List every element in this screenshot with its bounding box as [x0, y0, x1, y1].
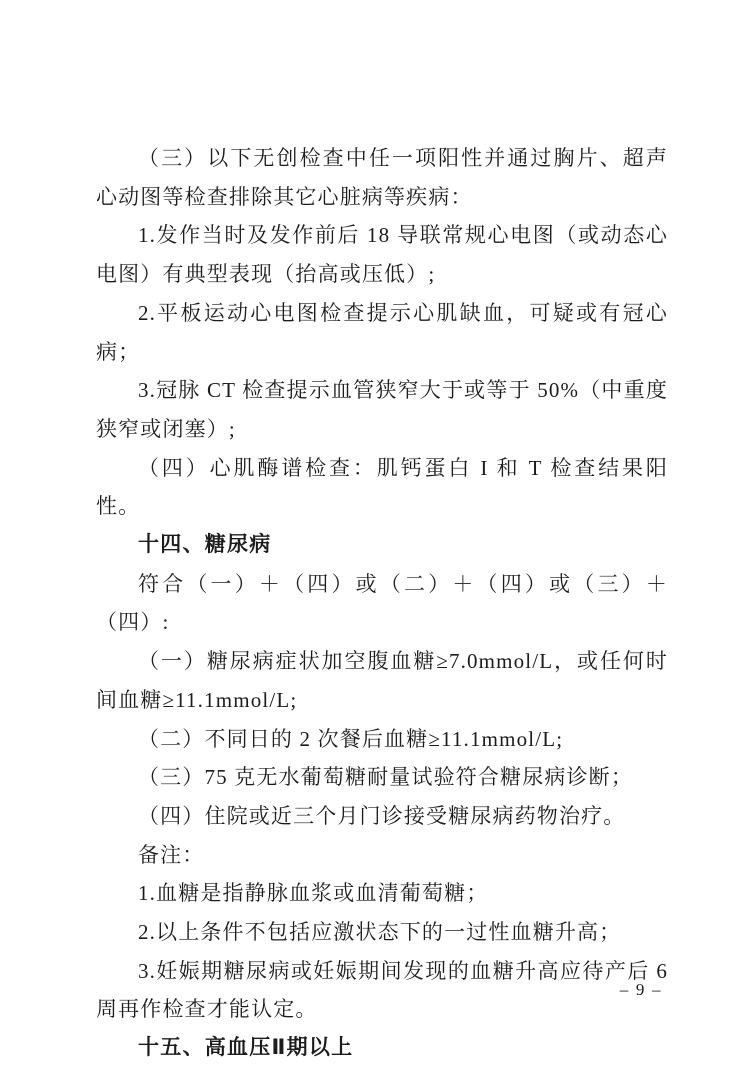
notes-label: 备注： — [96, 836, 668, 875]
criteria-combination: 符合（一）＋（四）或（二）＋（四）或（三）＋（四）: — [96, 565, 668, 642]
item-3-noninvasive-tests: （三）以下无创检查中任一项阳性并通过胸片、超声心动图等检查排除其它心脏病等疾病： — [96, 139, 668, 216]
diabetes-criterion-3: （三）75 克无水葡萄糖耐量试验符合糖尿病诊断； — [96, 758, 668, 797]
note-1: 1.血糖是指静脉血浆或血清葡萄糖； — [96, 874, 668, 913]
diabetes-criterion-4: （四）住院或近三个月门诊接受糖尿病药物治疗。 — [96, 797, 668, 836]
section-15-heading: 十五、高血压Ⅱ期以上 — [96, 1029, 668, 1068]
diabetes-criterion-1: （一）糖尿病症状加空腹血糖≥7.0mmol/L，或任何时间血糖≥11.1mmol… — [96, 642, 668, 719]
test-2-treadmill-ecg: 2.平板运动心电图检查提示心肌缺血，可疑或有冠心病； — [96, 294, 668, 371]
diabetes-criterion-2: （二）不同日的 2 次餐后血糖≥11.1mmol/L; — [96, 720, 668, 759]
document-page: （三）以下无创检查中任一项阳性并通过胸片、超声心动图等检查排除其它心脏病等疾病：… — [0, 0, 754, 1071]
test-1-ecg: 1.发作当时及发作前后 18 导联常规心电图（或动态心电图）有典型表现（抬高或压… — [96, 216, 668, 293]
note-2: 2.以上条件不包括应激状态下的一过性血糖升高； — [96, 913, 668, 952]
note-3: 3.妊娠期糖尿病或妊娠期间发现的血糖升高应待产后 6 周再作检查才能认定。 — [96, 952, 668, 1029]
item-4-myocardial-enzymes: （四）心肌酶谱检查：肌钙蛋白 I 和 T 检查结果阳性。 — [96, 449, 668, 526]
section-14-heading: 十四、糖尿病 — [96, 526, 668, 565]
test-3-coronary-ct: 3.冠脉 CT 检查提示血管狭窄大于或等于 50%（中重度狭窄或闭塞）; — [96, 371, 668, 448]
page-number: – 9 – — [598, 980, 684, 1000]
document-body: （三）以下无创检查中任一项阳性并通过胸片、超声心动图等检查排除其它心脏病等疾病：… — [96, 139, 668, 1068]
